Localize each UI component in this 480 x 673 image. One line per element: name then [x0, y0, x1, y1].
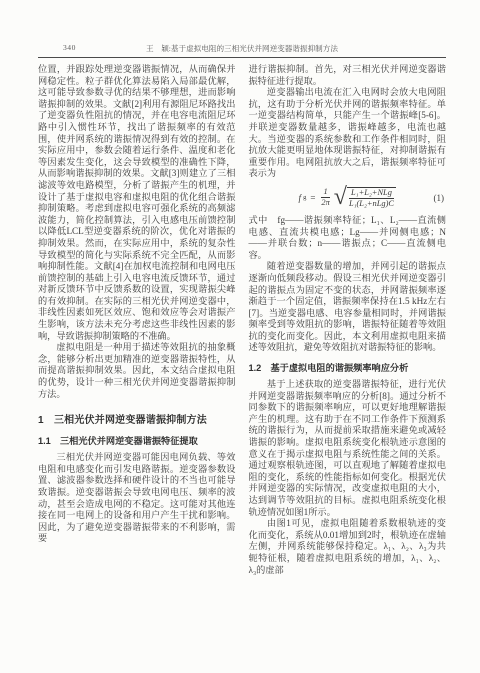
paragraph-where: 式中 fg——谐振频率特征；L₁、L₂——直流侧电感、直流共模电感；Lg——并网…	[249, 215, 447, 261]
radical-sign-icon: √	[334, 187, 347, 207]
left-column: 位置，并跟踪处理逆变器谐振情况，从而确保并网稳定性。粒子群优化算法易陷入局部最优…	[38, 64, 236, 576]
sqrt-numerator: L₁+L₂+NLg	[349, 188, 394, 199]
paragraph-frequency-response: 基于上述获取的逆变器谐振特征，进行光伏并网逆变器谐振频率响应的分析[8]。通过分…	[249, 379, 447, 518]
paragraph-feature-extraction: 三相光伏并网逆变器可能因电网负载、等效电阻和电感变化而引发电路谐振。逆变器参数设…	[38, 452, 236, 545]
running-title: 王 颖:基于虚拟电阻的三相光伏并网逆变器谐振抑制方法	[38, 43, 446, 54]
sqrt-fraction: L₁+L₂+NLg L₁(L₂+nLg)C	[347, 187, 396, 209]
coefficient-fraction: 1 2π	[319, 187, 331, 208]
header-rule	[38, 57, 446, 58]
sqrt-denominator: L₁(L₂+nLg)C	[347, 199, 396, 209]
equation-lhs-subscript: g	[303, 194, 306, 201]
coefficient-denominator: 2π	[319, 198, 331, 208]
equation-1: fg = 1 2π √ L₁+L₂+NLg L₁(L₂+nLg)C (1)	[249, 187, 447, 209]
equation-lhs-symbol: f	[299, 193, 302, 203]
paragraph-impedance: 逆变器输出电流在汇入电网时会放大电网阻抗，这有助于分析光伏并网的谐振频率特征。单…	[249, 87, 447, 180]
paragraph-figure1-discussion: 由图1可见，虚拟电阻随着系数根轨迹的变化而变化，系统从0.01增加到2时，根轨迹…	[249, 518, 447, 576]
page-header: 340 王 颖:基于虚拟电阻的三相光伏并网逆变器谐振抑制方法	[38, 43, 446, 55]
paragraph-continue: 进行谐振抑制。首先，对三相光伏并网逆变器谐振特征进行提取。	[249, 64, 447, 87]
paragraph-virtual-resistor: 虚拟电阻是一种用于描述等效阻抗的抽象概念，能够分析出更加精准的逆变器谐振特性，从…	[38, 342, 236, 400]
paper-page: 340 王 颖:基于虚拟电阻的三相光伏并网逆变器谐振抑制方法 位置，并跟踪处理逆…	[0, 0, 480, 673]
paragraph-resonance-point: 随着逆变器数量的增加，并网引起的谐振点逐渐向低频段移动。假设三相光伏并网逆变器引…	[249, 261, 447, 354]
paragraph-intro: 位置，并跟踪处理逆变器谐振情况，从而确保并网稳定性。粒子群优化算法易陷入局部最优…	[38, 64, 236, 342]
coefficient-numerator: 1	[321, 187, 329, 198]
content-columns: 位置，并跟踪处理逆变器谐振情况，从而确保并网稳定性。粒子群优化算法易陷入局部最优…	[38, 64, 446, 576]
equals-sign: =	[310, 193, 315, 203]
right-column: 进行谐振抑制。首先，对三相光伏并网逆变器谐振特征进行提取。 逆变器输出电流在汇入…	[249, 64, 447, 576]
section-1-1-heading: 1.1 三相光伏并网逆变器谐振特征提取	[38, 433, 236, 447]
section-1-2-heading: 1.2 基于虚拟电阻的谐振频率响应分析	[249, 360, 447, 374]
equation-number: (1)	[434, 193, 445, 203]
section-1-heading: 1 三相光伏并网逆变器谐振抑制方法	[38, 411, 236, 426]
equation-expression: fg = 1 2π √ L₁+L₂+NLg L₁(L₂+nLg)C	[299, 187, 396, 209]
